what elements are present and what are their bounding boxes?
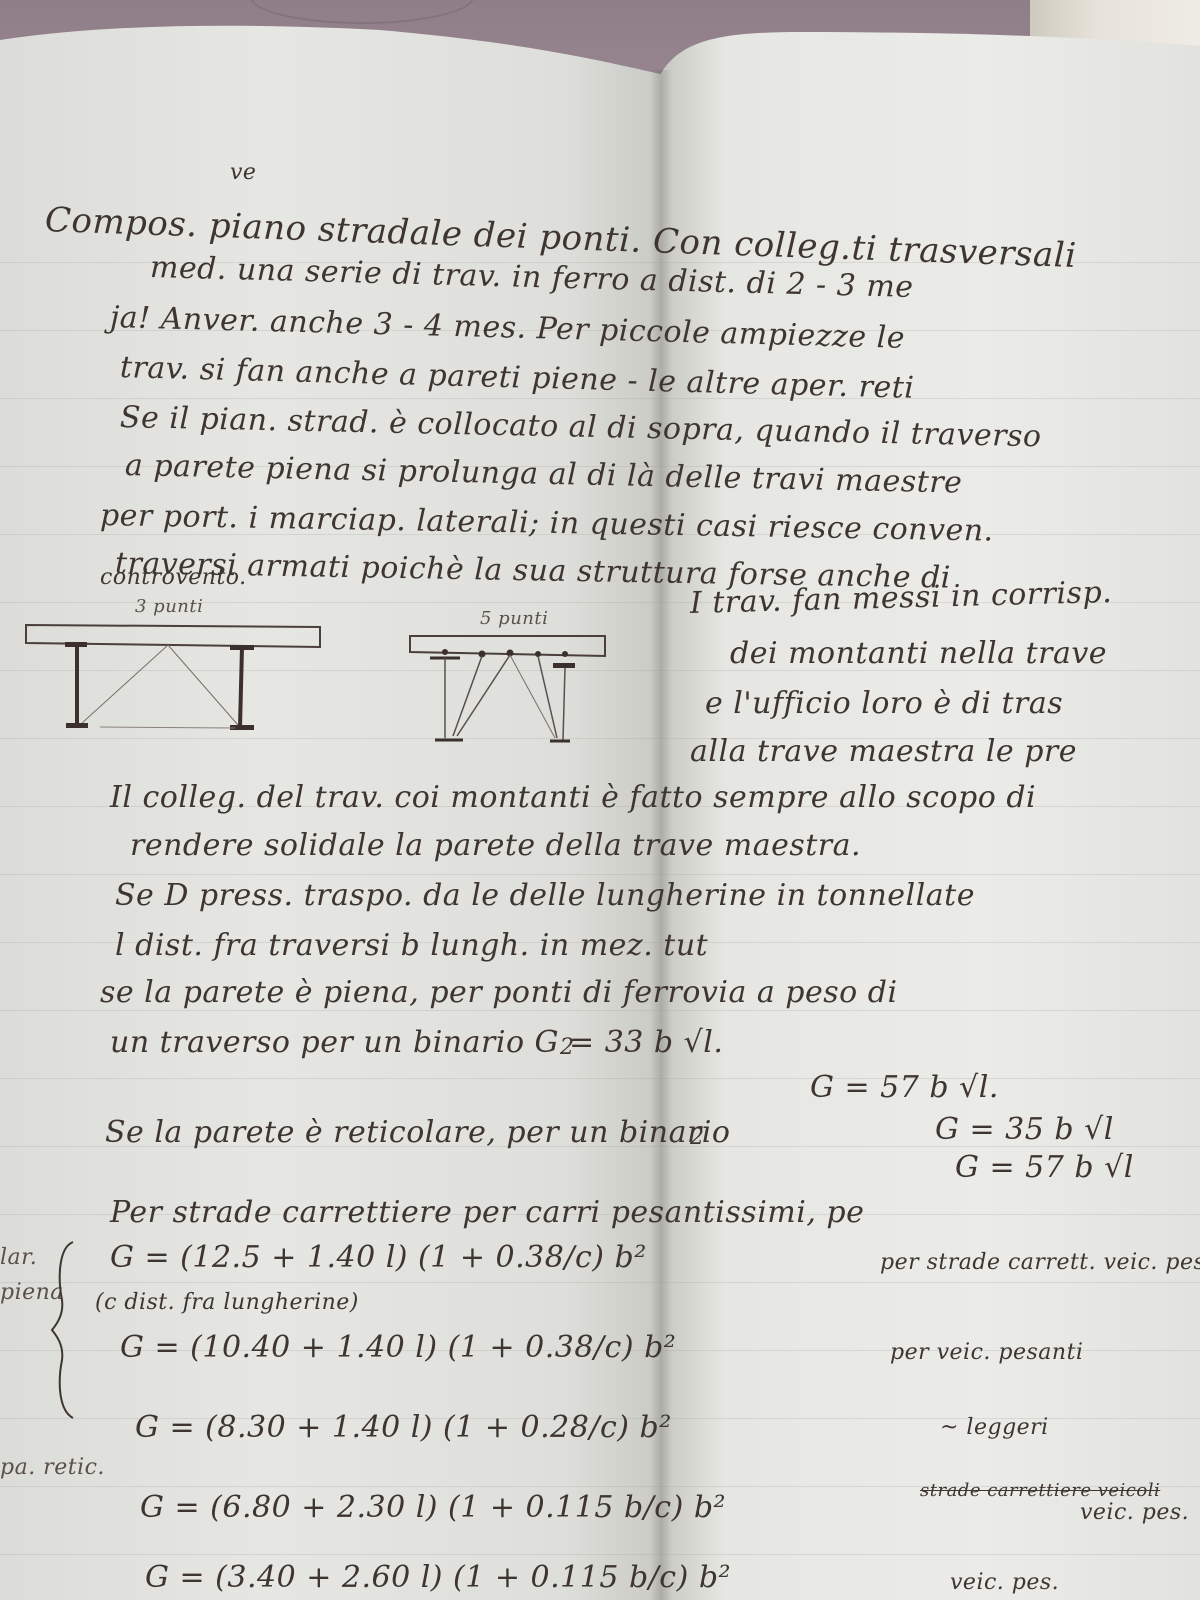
formula-road-3-side: ~ leggeri bbox=[940, 1415, 1049, 1440]
text-line: Il colleg. del trav. coi montanti è fatt… bbox=[110, 780, 1036, 815]
formula-superscript: 2 bbox=[560, 1035, 575, 1060]
bridge-section-sketch-3-points bbox=[20, 615, 340, 745]
formula-road-2: G = (10.40 + 1.40 l) (1 + 0.38/c) b² bbox=[120, 1330, 676, 1365]
sketch-label-5-punti: 5 punti bbox=[480, 608, 548, 629]
formula-g-35: G = 35 b √l bbox=[935, 1112, 1114, 1147]
ruled-line bbox=[0, 1554, 1200, 1555]
text-line: un traverso per un binario G = 33 b √l. bbox=[110, 1025, 723, 1060]
bridge-section-sketch-5-points bbox=[405, 628, 625, 748]
margin-note: lar. bbox=[0, 1245, 37, 1270]
formula-road-1: G = (12.5 + 1.40 l) (1 + 0.38/c) b² bbox=[110, 1240, 647, 1275]
formula-road-5-side: veic. pes. bbox=[950, 1570, 1059, 1595]
sketch-label-3-punti: 3 punti bbox=[135, 596, 203, 617]
margin-note: pa. retic. bbox=[0, 1455, 105, 1480]
text-line: rendere solidale la parete della trave m… bbox=[130, 828, 861, 863]
text-line: alla trave maestra le pre bbox=[690, 734, 1077, 769]
ruled-line bbox=[0, 874, 1200, 875]
ruled-line bbox=[0, 398, 1200, 399]
text-line: Se D press. traspo. da le delle lungheri… bbox=[115, 878, 975, 913]
text-line: controvento. bbox=[100, 565, 247, 590]
ruled-line bbox=[0, 1010, 1200, 1011]
curly-brace bbox=[48, 1240, 78, 1420]
formula-road-4-side-struck: strade carrettiere veicoli bbox=[920, 1480, 1160, 1501]
text-line: dei montanti nella trave bbox=[730, 636, 1107, 671]
roads-intro: Per strade carrettiere per carri pesanti… bbox=[110, 1195, 864, 1230]
text-line: e l'ufficio loro è di tras bbox=[705, 686, 1063, 721]
formula-road-1-side: per strade carrett. veic. pesantiss. bbox=[880, 1250, 1200, 1275]
heading-superscript: ve bbox=[230, 160, 256, 185]
formula-g-57: G = 57 b √l. bbox=[810, 1070, 999, 1105]
formula-label-reticolare: Se la parete è reticolare, per un binari… bbox=[105, 1115, 730, 1150]
text-line: se la parete è piena, per ponti di ferro… bbox=[100, 975, 898, 1010]
ruled-line bbox=[0, 1078, 1200, 1079]
formula-superscript: 2 bbox=[690, 1125, 705, 1150]
formula-road-1-note: (c dist. fra lungherine) bbox=[95, 1290, 359, 1315]
formula-road-4: G = (6.80 + 2.30 l) (1 + 0.115 b/c) b² bbox=[140, 1490, 726, 1525]
ruled-line bbox=[0, 1282, 1200, 1283]
text-line: l dist. fra traversi b lungh. in mez. tu… bbox=[115, 928, 708, 963]
formula-g-57-b: G = 57 b √l bbox=[955, 1150, 1134, 1185]
formula-road-3: G = (8.30 + 1.40 l) (1 + 0.28/c) b² bbox=[135, 1410, 672, 1445]
formula-road-5: G = (3.40 + 2.60 l) (1 + 0.115 b/c) b² bbox=[145, 1560, 731, 1595]
formula-road-4-side: veic. pes. bbox=[1080, 1500, 1189, 1525]
formula-road-2-side: per veic. pesanti bbox=[890, 1340, 1083, 1365]
